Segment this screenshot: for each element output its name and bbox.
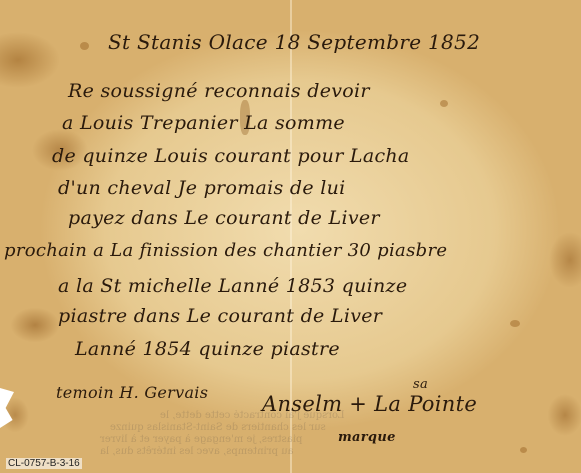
handwritten-line-3: de quinze Louis courant pour Lacha: [52, 145, 410, 167]
handwritten-line-1: Re soussigné reconnais devoir: [68, 80, 370, 102]
bleed-through-line: sur les chantiers de Saint-Stanislas qui…: [110, 422, 326, 433]
signature-superscript: sa: [413, 377, 428, 392]
document-scan: Lorsque j'ai contracté cette dette, le s…: [0, 0, 581, 473]
document-heading: St Stanis Olace 18 Septembre 1852: [108, 30, 480, 54]
stain: [520, 447, 527, 453]
handwritten-line-6: prochain a La finission des chantier 30 …: [4, 240, 447, 261]
catalog-id: CL-0757-B-3-16: [6, 458, 82, 469]
torn-corner: [0, 388, 14, 428]
handwritten-line-8: piastre dans Le courant de Liver: [58, 305, 382, 327]
stain: [510, 320, 520, 327]
bleed-through-line: au printemps, avec les intérêts dus, la: [100, 446, 294, 457]
handwritten-line-4: d'un cheval Je promais de lui: [58, 177, 346, 199]
stain: [440, 100, 448, 107]
handwritten-line-9: Lanné 1854 quinze piastre: [75, 338, 340, 360]
signature: Anselm + La Pointe: [262, 392, 477, 416]
handwritten-line-2: a Louis Trepanier La somme: [62, 112, 345, 134]
witness-line: temoin H. Gervais: [56, 383, 208, 402]
signature-mark-label: marque: [338, 430, 396, 445]
handwritten-line-5: payez dans Le courant de Liver: [68, 207, 380, 229]
bleed-through-line: piastres, je m'engage à payer et à livre…: [100, 434, 302, 445]
stain: [80, 42, 89, 50]
handwritten-line-7: a la St michelle Lanné 1853 quinze: [58, 275, 407, 297]
